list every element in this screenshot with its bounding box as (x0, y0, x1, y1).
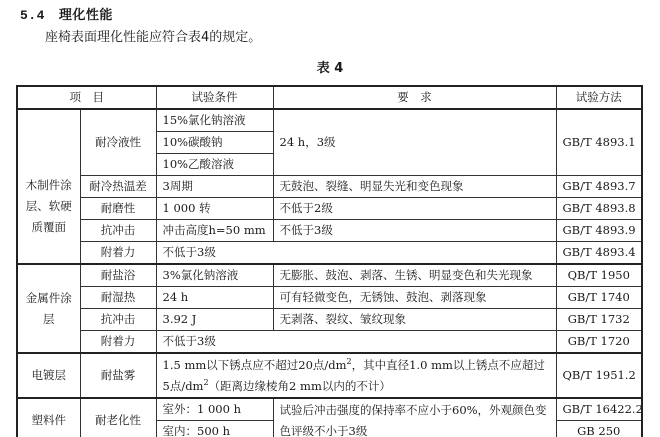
header-condition: 试验条件 (156, 86, 273, 109)
table-row: 电镀层 耐盐雾 1.5 mm以下锈点应不超过20点/dm2，其中直径1.0 mm… (17, 353, 642, 398)
category-wood: 木制件涂 层、软硬 质覆面 (17, 109, 80, 264)
category-metal: 金属件涂 层 (17, 264, 80, 353)
method-cell: GB/T 4893.7 (556, 176, 642, 198)
method-cell: GB/T 16422.2 (556, 398, 642, 421)
table-row: 耐湿热 24 h 可有轻微变色，无锈蚀、鼓泡、剥落现象 GB/T 1740 (17, 287, 642, 309)
item-cell: 耐老化性 (80, 398, 156, 437)
text-fragment: （距离边缘棱角2 mm以内的不计） (209, 379, 391, 393)
requirement-line: 1.5 mm以下锈点应不超过20点/dm2，其中直径1.0 mm以上锈点不应超过 (163, 355, 550, 376)
text-fragment: 5点/dm (163, 379, 204, 393)
requirement-cell: 可有轻微变色，无锈蚀、鼓泡、剥落现象 (273, 287, 556, 309)
requirement-line: 5点/dm2（距离边缘棱角2 mm以内的不计） (163, 376, 550, 397)
header-requirement: 要 求 (273, 86, 556, 109)
item-cell: 抗冲击 (80, 220, 156, 242)
requirement-cell: 无鼓泡、裂缝、明显失光和变色现象 (273, 176, 556, 198)
method-cell: GB/T 4893.4 (556, 242, 642, 265)
table-row: 附着力 不低于3级 GB/T 4893.4 (17, 242, 642, 265)
section-title: 理化性能 (59, 8, 113, 23)
condition-cell: 1 000 转 (156, 198, 273, 220)
item-cell: 耐盐浴 (80, 264, 156, 287)
category-line: 质覆面 (24, 217, 74, 238)
header-item: 项 目 (17, 86, 156, 109)
category-line: 层、软硬 (24, 196, 74, 217)
condition-cell: 10%乙酸溶液 (156, 154, 273, 176)
merged-requirement-cell: 1.5 mm以下锈点应不超过20点/dm2，其中直径1.0 mm以上锈点不应超过… (156, 353, 556, 398)
header-method: 试验方法 (556, 86, 642, 109)
item-cell: 耐磨性 (80, 198, 156, 220)
method-cell: GB/T 4893.8 (556, 198, 642, 220)
condition-cell: 室外：1 000 h (156, 398, 273, 421)
table-row: 耐冷热温差 3周期 无鼓泡、裂缝、明显失光和变色现象 GB/T 4893.7 (17, 176, 642, 198)
table-row: 金属件涂 层 耐盐浴 3%氯化钠溶液 无膨胀、鼓泡、剥落、生锈、明显变色和失光现… (17, 264, 642, 287)
table-row: 抗冲击 冲击高度h=50 mm 不低于3级 GB/T 4893.9 (17, 220, 642, 242)
method-cell: QB/T 1951.2 (556, 353, 642, 398)
section-number: 5.4 (20, 8, 45, 23)
method-cell: GB/T 1732 (556, 309, 642, 331)
table-caption: 表 4 (0, 57, 660, 76)
category-electroplating: 电镀层 (17, 353, 80, 398)
method-cell: QB/T 1950 (556, 264, 642, 287)
method-cell: GB/T 4893.1 (556, 109, 642, 176)
table-header-row: 项 目 试验条件 要 求 试验方法 (17, 86, 642, 109)
category-line: 金属件涂 (24, 288, 74, 309)
condition-cell: 3.92 J (156, 309, 273, 331)
section-heading: 5.4理化性能 (20, 4, 113, 23)
requirement-cell: 无剥落、裂纹、皱纹现象 (273, 309, 556, 331)
merged-cell: 不低于3级 (156, 242, 556, 265)
requirement-cell: 不低于3级 (273, 220, 556, 242)
method-cell: GB/T 1740 (556, 287, 642, 309)
item-cell: 耐冷热温差 (80, 176, 156, 198)
condition-cell: 3%氯化钠溶液 (156, 264, 273, 287)
table-row: 附着力 不低于3级 GB/T 1720 (17, 331, 642, 354)
table-row: 耐磨性 1 000 转 不低于2级 GB/T 4893.8 (17, 198, 642, 220)
category-plastics: 塑料件 (17, 398, 80, 437)
table-row: 抗冲击 3.92 J 无剥落、裂纹、皱纹现象 GB/T 1732 (17, 309, 642, 331)
item-cell: 抗冲击 (80, 309, 156, 331)
table-row: 塑料件 耐老化性 室外：1 000 h 试验后冲击强度的保持率不应小于60%，外… (17, 398, 642, 421)
condition-cell: 15%氯化钠溶液 (156, 109, 273, 132)
text-fragment: 1.5 mm以下锈点应不超过20点/dm (163, 358, 347, 372)
method-cell: GB 250 (556, 421, 642, 437)
condition-cell: 10%碳酸钠 (156, 132, 273, 154)
method-cell: GB/T 1720 (556, 331, 642, 354)
requirement-line: 试验后冲击强度的保持率不应小于60%，外观颜色变 (280, 400, 550, 421)
item-cold-liquid: 耐冷液性 (80, 109, 156, 176)
condition-cell: 3周期 (156, 176, 273, 198)
method-cell: GB/T 4893.9 (556, 220, 642, 242)
condition-cell: 冲击高度h=50 mm (156, 220, 273, 242)
requirement-cell: 无膨胀、鼓泡、剥落、生锈、明显变色和失光现象 (273, 264, 556, 287)
category-line: 木制件涂 (24, 175, 74, 196)
intro-paragraph: 座椅表面理化性能应符合表4的规定。 (45, 26, 261, 45)
item-cell: 耐盐雾 (80, 353, 156, 398)
text-fragment: ，其中直径1.0 mm以上锈点不应超过 (352, 358, 545, 372)
requirement-cell: 不低于2级 (273, 198, 556, 220)
item-cell: 附着力 (80, 242, 156, 265)
category-line: 层 (24, 309, 74, 330)
condition-cell: 室内：500 h (156, 421, 273, 437)
requirement-cell: 试验后冲击强度的保持率不应小于60%，外观颜色变 色评级不小于3级 (273, 398, 556, 437)
condition-cell: 24 h (156, 287, 273, 309)
requirement-line: 色评级不小于3级 (280, 421, 550, 437)
merged-cell: 不低于3级 (156, 331, 556, 354)
item-cell: 耐湿热 (80, 287, 156, 309)
table-row: 木制件涂 层、软硬 质覆面 耐冷液性 15%氯化钠溶液 24 h，3级 GB/T… (17, 109, 642, 132)
item-cell: 附着力 (80, 331, 156, 354)
properties-table: 项 目 试验条件 要 求 试验方法 木制件涂 层、软硬 质覆面 耐冷液性 15%… (16, 85, 643, 437)
requirement-cell: 24 h，3级 (273, 109, 556, 176)
